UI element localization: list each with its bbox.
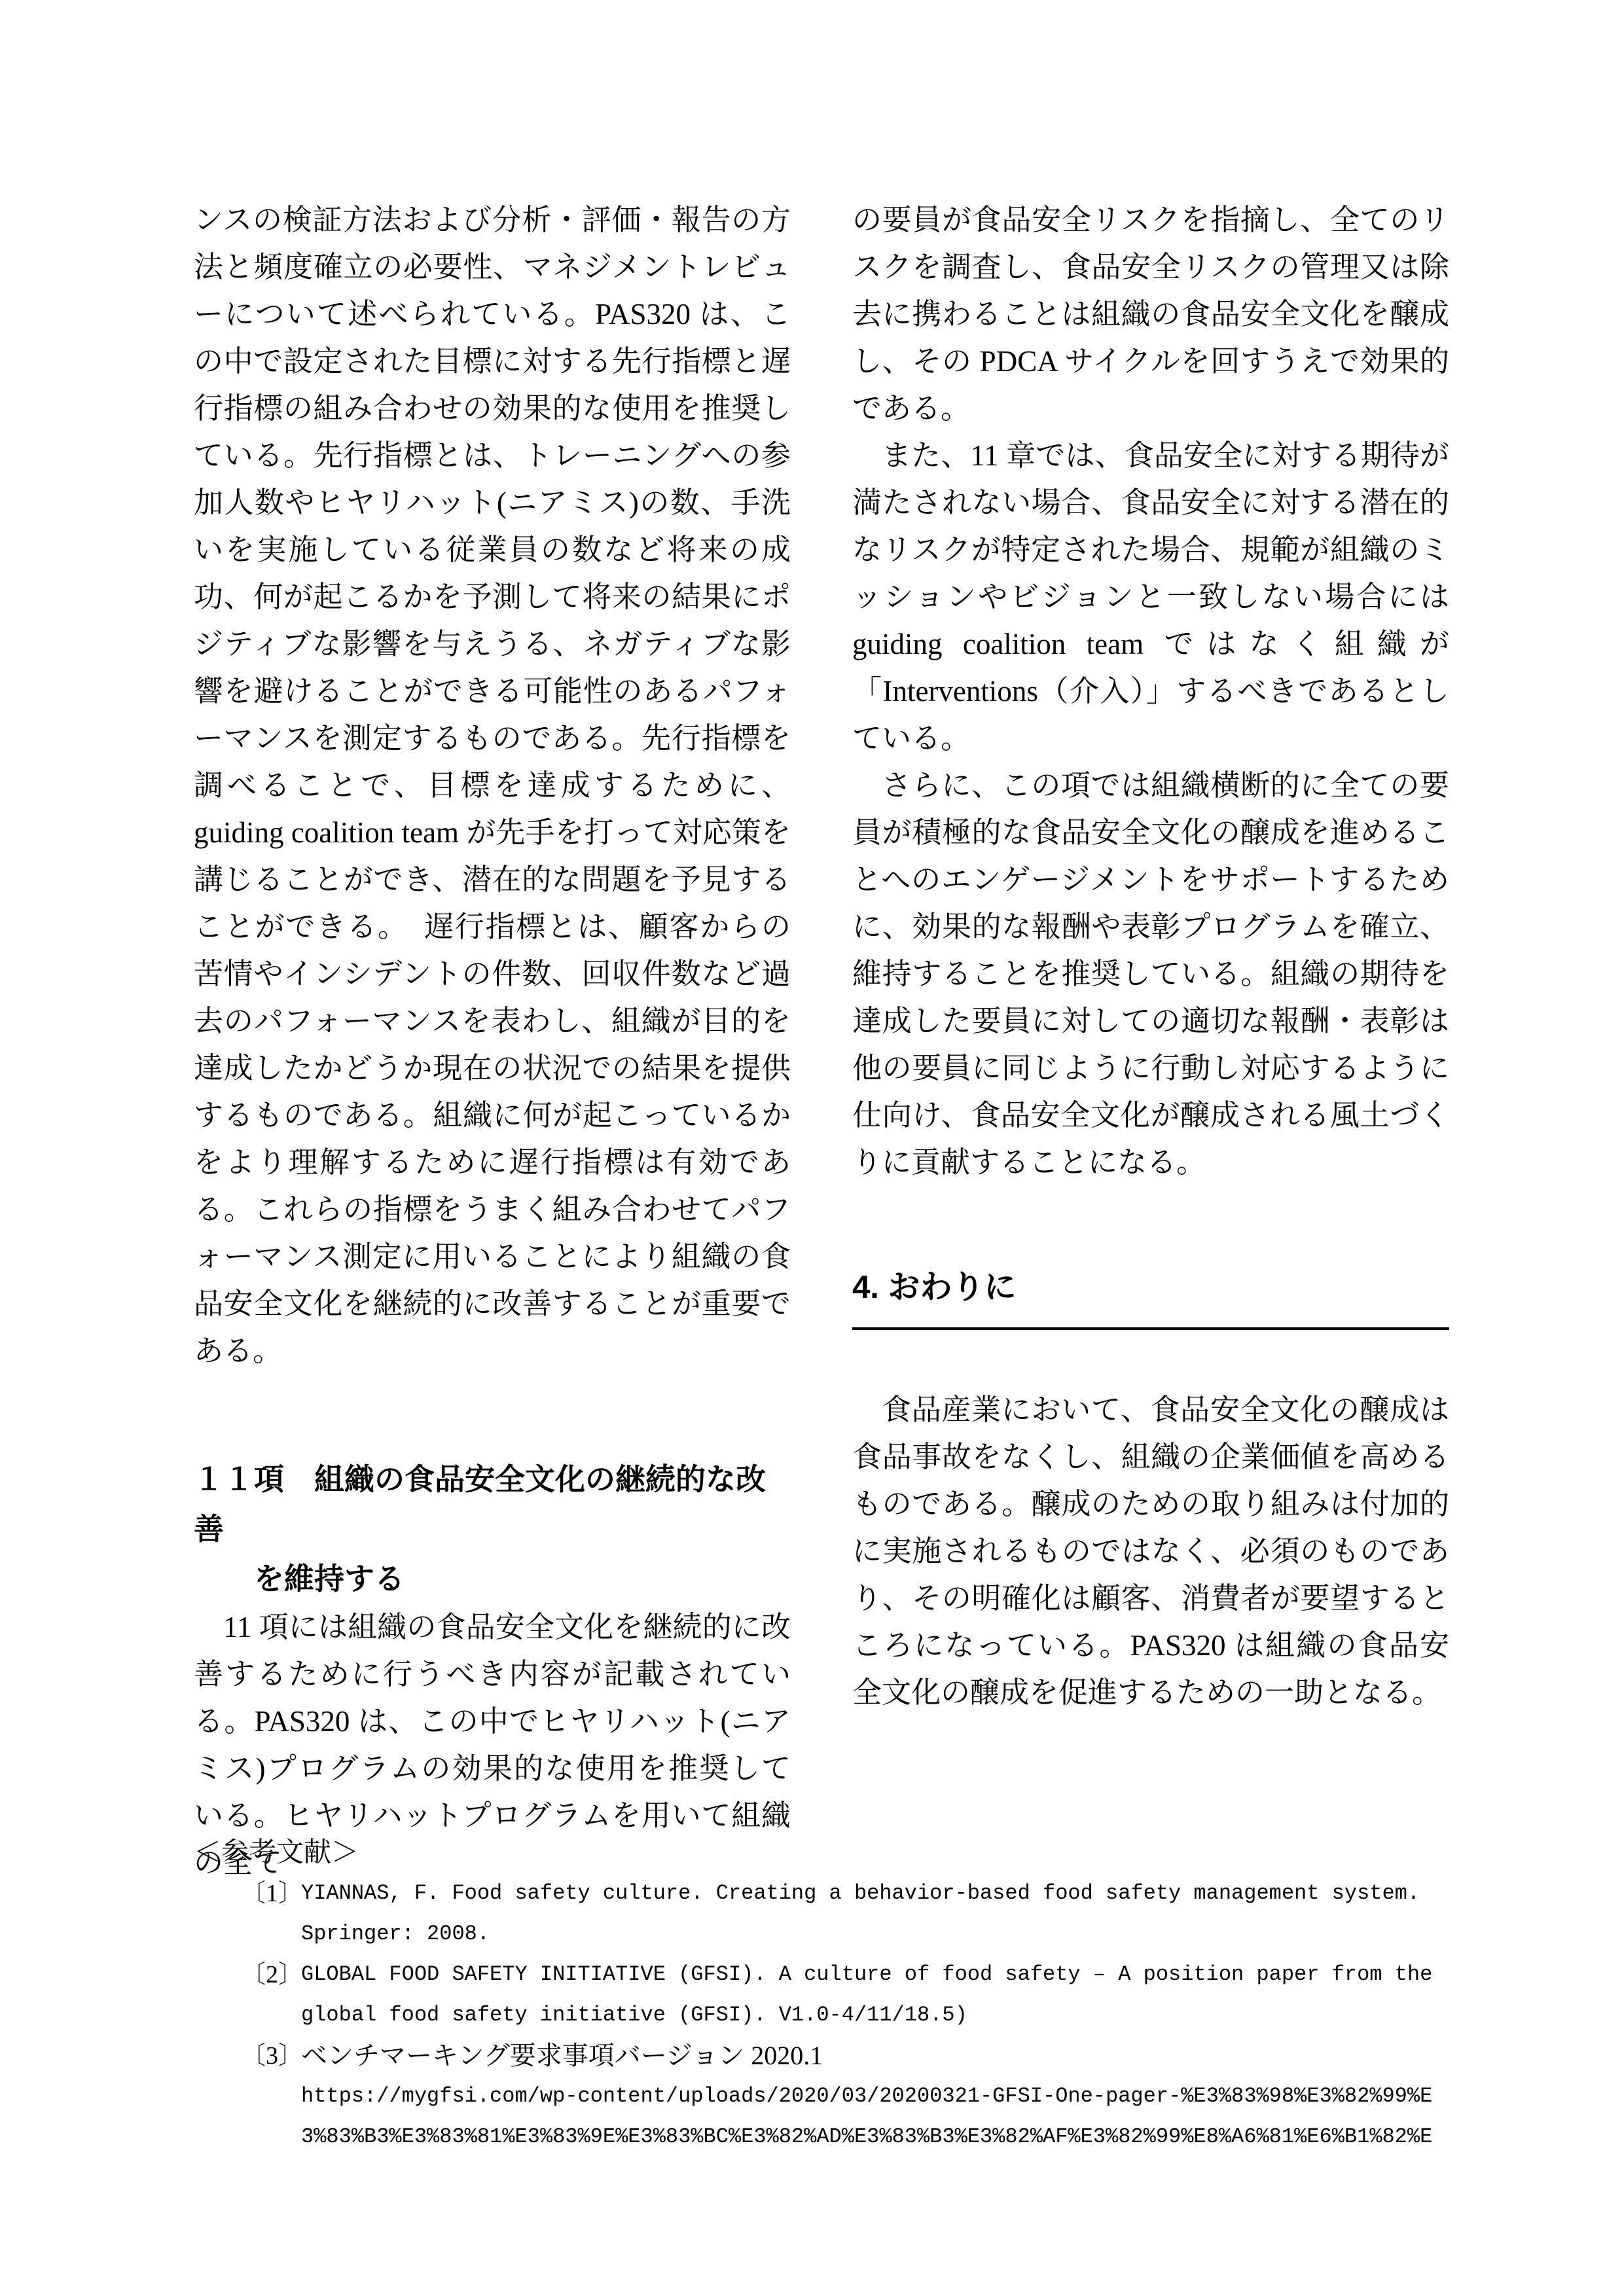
section-4-heading: 4. おわりに — [852, 1265, 1449, 1330]
reference-1-label: 〔1〕 — [241, 1873, 301, 1914]
reference-3-label: 〔3〕 — [241, 2036, 301, 2076]
section-11-heading: １１項 組織の食品安全文化の継続的な改善 を維持する — [194, 1454, 791, 1604]
reference-1-line-1: YIANNAS, F. Food safety culture. Creatin… — [301, 1873, 1461, 1914]
reference-3-line-1: ベンチマーキング要求事項バージョン 2020.1 — [301, 2036, 1461, 2076]
section-11-heading-line2: を維持する — [194, 1554, 791, 1604]
reference-item-1: 〔1〕 YIANNAS, F. Food safety culture. Cre… — [194, 1873, 1461, 1954]
reference-2-line-2: global food safety initiative (GFSI). V1… — [301, 1995, 1461, 2036]
reference-3-url-line-2: 3%83%B3%E3%83%81%E3%83%9E%E3%83%BC%E3%82… — [301, 2117, 1461, 2157]
document-page: ンスの検証方法および分析・評価・報告の方法と頻度確立の必要性、マネジメントレビュ… — [0, 0, 1624, 2296]
reference-1-text: YIANNAS, F. Food safety culture. Creatin… — [301, 1873, 1461, 1954]
paragraph-continuation: ンスの検証方法および分析・評価・報告の方法と頻度確立の必要性、マネジメントレビュ… — [194, 196, 791, 1374]
reference-item-2: 〔2〕 GLOBAL FOOD SAFETY INITIATIVE (GFSI)… — [194, 1954, 1461, 2036]
reference-3-url-line-1: https://mygfsi.com/wp-content/uploads/20… — [301, 2076, 1461, 2117]
references-section: ＜参考文献＞ 〔1〕 YIANNAS, F. Food safety cultu… — [194, 1833, 1461, 2157]
paragraph-section4-body: 食品産業において、食品安全文化の醸成は食品事故をなくし、組織の企業価値を高めるも… — [852, 1386, 1449, 1716]
reference-2-label: 〔2〕 — [241, 1954, 301, 1995]
reference-item-3: 〔3〕 ベンチマーキング要求事項バージョン 2020.1 https://myg… — [194, 2036, 1461, 2157]
right-column: の要員が食品安全リスクを指摘し、全てのリスクを調査し、食品安全リスクの管理又は除… — [852, 196, 1449, 1716]
section-11-heading-line1: １１項 組織の食品安全文化の継続的な改善 — [194, 1454, 791, 1554]
references-heading: ＜参考文献＞ — [194, 1833, 1461, 1873]
reference-3-text: ベンチマーキング要求事項バージョン 2020.1 https://mygfsi.… — [301, 2036, 1461, 2157]
reference-1-line-2: Springer: 2008. — [301, 1914, 1461, 1954]
paragraph-risk: の要員が食品安全リスクを指摘し、全てのリスクを調査し、食品安全リスクの管理又は除… — [852, 196, 1449, 432]
paragraph-engagement: さらに、この項では組織横断的に全ての要員が積極的な食品安全文化の醸成を進めること… — [852, 762, 1449, 1186]
reference-2-text: GLOBAL FOOD SAFETY INITIATIVE (GFSI). A … — [301, 1954, 1461, 2036]
reference-2-line-1: GLOBAL FOOD SAFETY INITIATIVE (GFSI). A … — [301, 1954, 1461, 1995]
paragraph-chapter11: また、11 章では、食品安全に対する期待が満たされない場合、食品安全に対する潜在… — [852, 432, 1449, 762]
left-column: ンスの検証方法および分析・評価・報告の方法と頻度確立の必要性、マネジメントレビュ… — [194, 196, 791, 1886]
